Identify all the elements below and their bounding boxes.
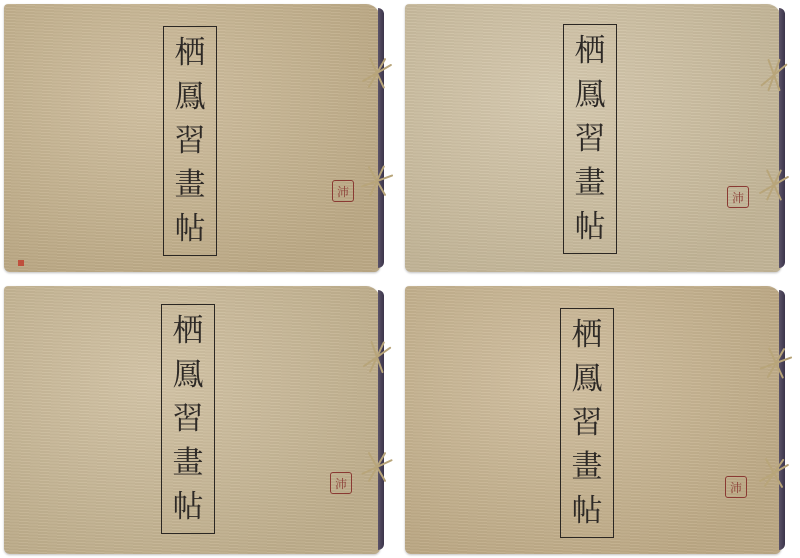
binding-tie	[763, 456, 789, 490]
title-char: 鳳	[575, 80, 606, 111]
spine	[378, 290, 384, 550]
title-char: 栖	[173, 316, 204, 347]
title-char: 帖	[175, 214, 206, 245]
title-char: 栖	[175, 38, 206, 69]
title-char: 畫	[575, 168, 606, 199]
title-label: 栖 鳳 習 畫 帖	[560, 308, 614, 538]
title-char: 習	[575, 124, 606, 155]
binding-tie	[366, 340, 392, 374]
album-cover-bottom-right: 栖 鳳 習 畫 帖 沛	[405, 286, 781, 554]
binding-tie	[366, 450, 392, 484]
red-mark	[18, 260, 24, 266]
title-label: 栖 鳳 習 畫 帖	[563, 24, 617, 254]
title-char: 鳳	[572, 364, 603, 395]
title-char: 栖	[572, 320, 603, 351]
spine	[779, 290, 785, 550]
spine	[378, 8, 384, 268]
title-char: 帖	[173, 492, 204, 523]
title-char: 習	[173, 404, 204, 435]
title-char: 畫	[572, 452, 603, 483]
red-seal: 沛	[332, 180, 354, 202]
binding-tie	[763, 58, 789, 92]
binding-tie	[366, 164, 392, 198]
binding-tie	[763, 168, 789, 202]
binding-tie	[366, 56, 392, 90]
red-seal: 沛	[727, 186, 749, 208]
title-char: 帖	[572, 496, 603, 527]
title-char: 習	[175, 126, 206, 157]
title-char: 鳳	[173, 360, 204, 391]
spine	[779, 8, 785, 268]
title-char: 習	[572, 408, 603, 439]
title-char: 畫	[173, 448, 204, 479]
binding-tie	[765, 346, 791, 380]
album-cover-top-right: 栖 鳳 習 畫 帖 沛	[405, 4, 781, 272]
title-char: 畫	[175, 170, 206, 201]
title-char: 鳳	[175, 82, 206, 113]
title-label: 栖 鳳 習 畫 帖	[163, 26, 217, 256]
album-cover-bottom-left: 栖 鳳 習 畫 帖 沛	[4, 286, 380, 554]
album-cover-top-left: 栖 鳳 習 畫 帖 沛	[4, 4, 380, 272]
red-seal: 沛	[725, 476, 747, 498]
title-label: 栖 鳳 習 畫 帖	[161, 304, 215, 534]
title-char: 帖	[575, 212, 606, 243]
red-seal: 沛	[330, 472, 352, 494]
title-char: 栖	[575, 36, 606, 67]
